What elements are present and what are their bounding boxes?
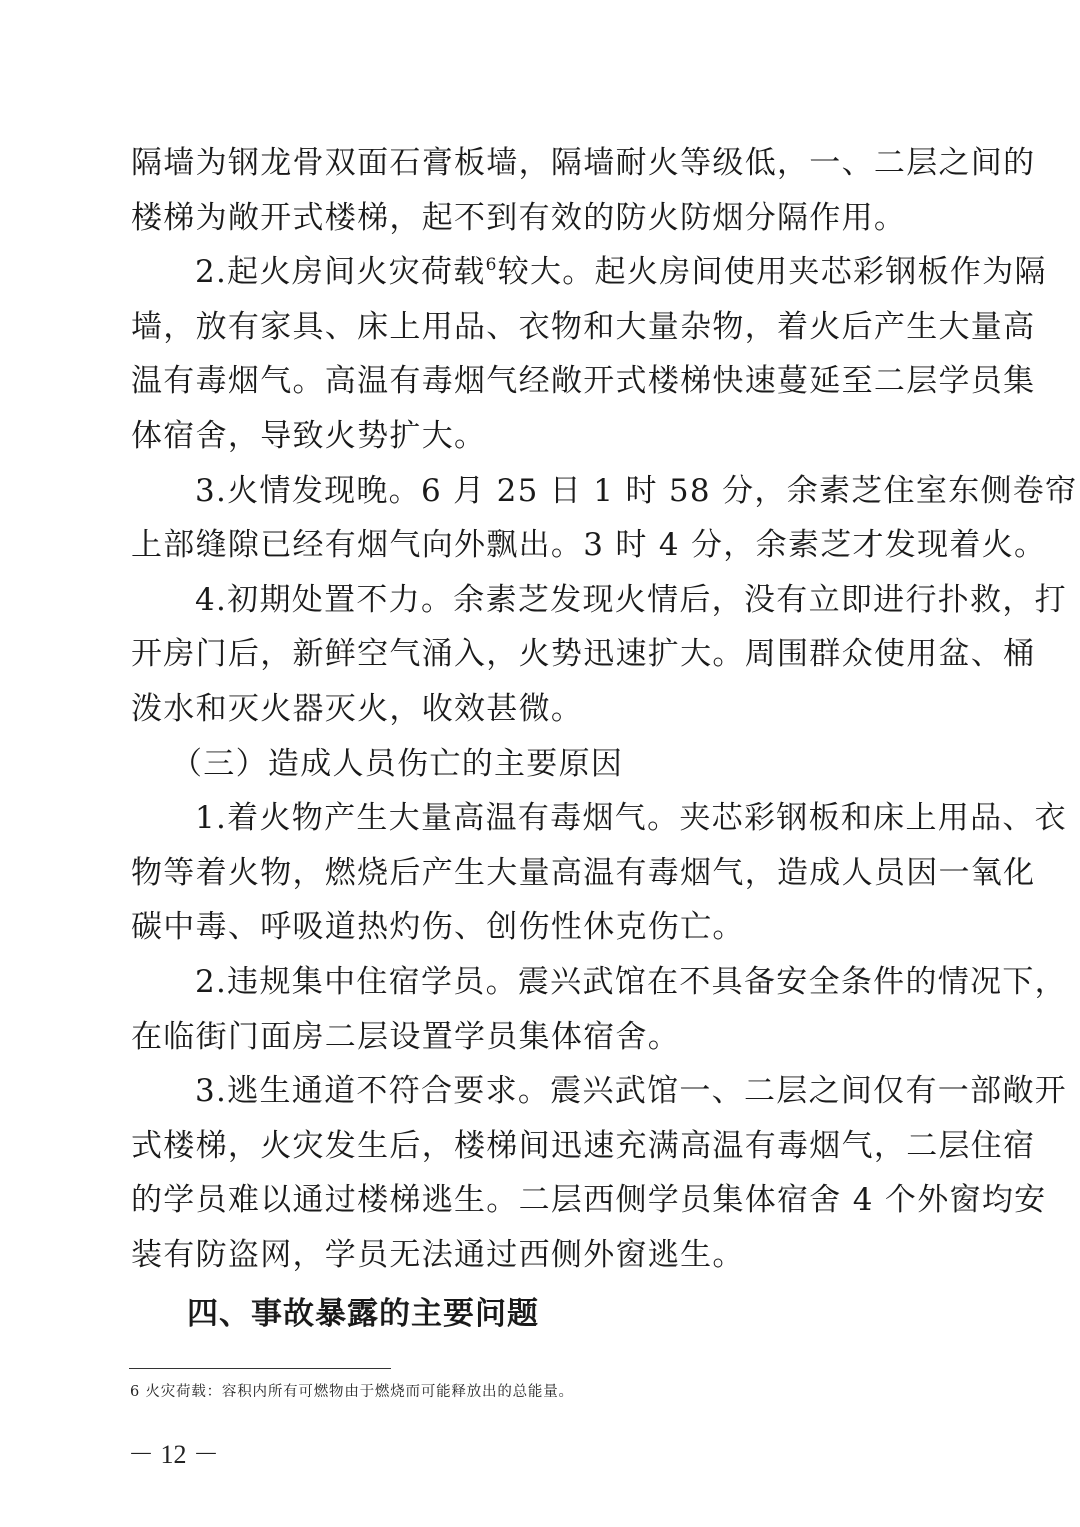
text-line: 隔墙为钢龙骨双面石膏板墙，隔墙耐火等级低，一、二层之间的 — [131, 136, 951, 191]
text-line: 泼水和灭火器灭火，收效甚微。 — [131, 682, 951, 737]
text-line: 墙，放有家具、床上用品、衣物和大量杂物，着火后产生大量高 — [131, 300, 951, 355]
text-line: 开房门后，新鲜空气涌入，火势迅速扩大。周围群众使用盆、桶 — [131, 627, 951, 682]
subsection-heading: （三）造成人员伤亡的主要原因 — [131, 737, 951, 792]
text-line: 上部缝隙已经有烟气向外飘出。3 时 4 分，余素芝才发现着火。 — [131, 518, 951, 573]
text-line: 的学员难以通过楼梯逃生。二层西侧学员集体宿舍 4 个外窗均安 — [131, 1173, 951, 1228]
text-line: 物等着火物，燃烧后产生大量高温有毒烟气，造成人员因一氧化 — [131, 846, 951, 901]
document-body: 隔墙为钢龙骨双面石膏板墙，隔墙耐火等级低，一、二层之间的 楼梯为敞开式楼梯，起不… — [131, 136, 951, 1282]
text-line: 碳中毒、呼吸道热灼伤、创伤性休克伤亡。 — [131, 900, 951, 955]
footnote-divider — [129, 1368, 391, 1369]
text-line: 2.起火房间火灾荷载6较大。起火房间使用夹芯彩钢板作为隔 — [131, 245, 951, 300]
text-line: 3.逃生通道不符合要求。震兴武馆一、二层之间仅有一部敞开 — [131, 1064, 951, 1119]
text-line: 楼梯为敞开式楼梯，起不到有效的防火防烟分隔作用。 — [131, 191, 951, 246]
text-line: 2.违规集中住宿学员。震兴武馆在不具备安全条件的情况下， — [131, 955, 951, 1010]
text-run: 2.起火房间火灾荷载 — [195, 254, 486, 290]
page-number: － 12 － — [128, 1434, 219, 1471]
text-line: 4.初期处置不力。余素芝发现火情后，没有立即进行扑救，打 — [131, 573, 951, 628]
text-run: 较大。起火房间使用夹芯彩钢板作为隔 — [498, 254, 1047, 290]
text-line: 3.火情发现晚。6 月 25 日 1 时 58 分，余素芝住室东侧卷帘门 — [131, 464, 951, 519]
footnote: 6 火灾荷载：容积内所有可燃物由于燃烧而可能释放出的总能量。 — [130, 1380, 574, 1401]
text-line: 式楼梯，火灾发生后，楼梯间迅速充满高温有毒烟气，二层住宿 — [131, 1119, 951, 1174]
text-line: 温有毒烟气。高温有毒烟气经敞开式楼梯快速蔓延至二层学员集 — [131, 354, 951, 409]
text-line: 装有防盗网，学员无法通过西侧外窗逃生。 — [131, 1228, 951, 1283]
text-line: 1.着火物产生大量高温有毒烟气。夹芯彩钢板和床上用品、衣 — [131, 791, 951, 846]
text-line: 在临街门面房二层设置学员集体宿舍。 — [131, 1010, 951, 1065]
text-line: 体宿舍，导致火势扩大。 — [131, 409, 951, 464]
footnote-ref[interactable]: 6 — [486, 255, 498, 275]
section-heading: 四、事故暴露的主要问题 — [187, 1288, 539, 1333]
